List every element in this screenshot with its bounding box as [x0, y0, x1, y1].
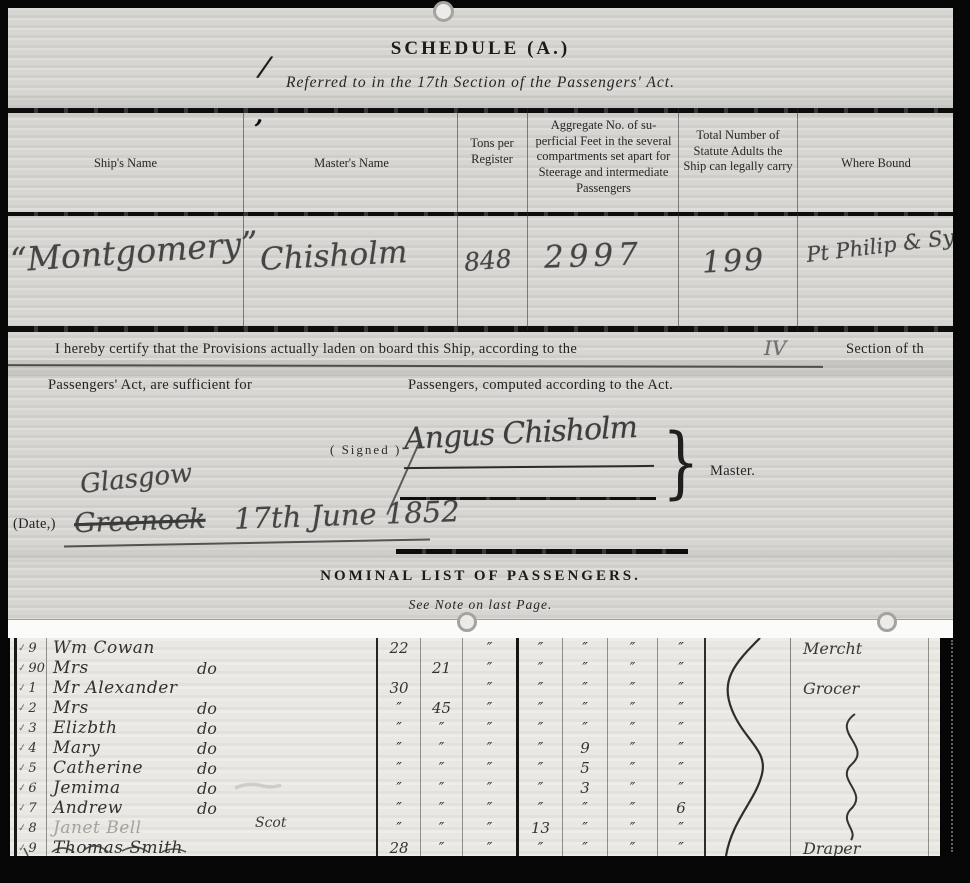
- age-col-6: ″: [608, 658, 658, 678]
- scan-edge-dotted-line: [951, 640, 953, 852]
- age-col-6: ″: [608, 678, 658, 698]
- age-col-3: ″: [463, 678, 519, 698]
- age-col-4: ″: [519, 638, 563, 658]
- punch-hole-middle-right: [877, 612, 897, 632]
- passenger-name: Elizbth: [47, 718, 117, 738]
- age-col-5: ″: [563, 718, 608, 738]
- where-bound-value: Pt Philip & Sy: [805, 225, 953, 267]
- passenger-name: Mr Alexander: [47, 678, 177, 698]
- grouping-curve-cell: [706, 738, 791, 758]
- ditto-surname: do: [197, 659, 217, 678]
- date-heavy-rule: [396, 549, 688, 554]
- nominal-list-title: NOMINAL LIST OF PASSENGERS.: [8, 568, 953, 585]
- grouping-curve-cell: [706, 818, 791, 838]
- passenger-number: 8: [28, 821, 36, 836]
- scan-streak: [8, 360, 953, 376]
- grouping-curve-cell: [706, 638, 791, 658]
- age-col-7: ″: [658, 678, 706, 698]
- age-col-6: ″: [608, 778, 658, 798]
- age-col-6: ″: [608, 818, 658, 838]
- statute-adults-value: 199: [701, 242, 766, 280]
- passenger-name-cell: Andrew do: [47, 798, 378, 818]
- row-number-cell: ✓ 7: [17, 798, 47, 818]
- master-name-value: Chisholm: [259, 234, 408, 278]
- passenger-number: 4: [28, 741, 36, 756]
- tally-check-mark: ✓: [17, 662, 27, 674]
- age-col-6: ″: [608, 738, 658, 758]
- occupation-cell: Grocer: [791, 678, 929, 698]
- passenger-name-cell: Jemima do: [47, 778, 378, 798]
- passenger-name-cell: Thomas Smith: [47, 838, 378, 856]
- tally-check-mark: ✓: [17, 682, 27, 694]
- age-col-2: [421, 678, 463, 698]
- age-col-4: ″: [519, 658, 563, 678]
- col-header-ship-name: Ship's Name: [8, 156, 243, 172]
- cert-line1-text: I hereby certify that the Provisions act…: [55, 341, 577, 358]
- passenger-name: Andrew: [47, 798, 123, 818]
- table-vline-5: [797, 108, 798, 330]
- date-underline: [64, 538, 430, 547]
- age-col-5: 9: [563, 738, 608, 758]
- age-col-1: 22: [378, 638, 421, 658]
- ditto-surname: do: [197, 779, 217, 798]
- age-col-6: ″: [608, 758, 658, 778]
- age-col-7: 6: [658, 798, 706, 818]
- age-col-2: ″: [421, 818, 463, 838]
- age-col-7: ″: [658, 778, 706, 798]
- row-number-cell: ✓ 4: [17, 738, 47, 758]
- occupation-cell: [791, 718, 929, 738]
- occupation-cell: [791, 818, 929, 838]
- signature-brace: }: [662, 418, 699, 508]
- passenger-table: ✓ 9 Wm Cowan 22 ″ ″ ″ ″ ″: [17, 638, 929, 856]
- tally-check-mark: ✓: [17, 722, 27, 734]
- ditto-surname: do: [197, 759, 217, 778]
- passenger-ledger-paper: ✓ 9 Wm Cowan 22 ″ ″ ″ ″ ″: [10, 638, 940, 856]
- age-col-2: ″: [421, 758, 463, 778]
- age-col-3: ″: [463, 758, 519, 778]
- age-col-2: ″: [421, 838, 463, 856]
- tally-check-mark: ✓: [17, 762, 27, 774]
- cert-section-handwritten: IV: [764, 336, 786, 360]
- grouping-curve-cell: [706, 698, 791, 718]
- row-number-cell: ✓ 1: [17, 678, 47, 698]
- age-col-5: ″: [563, 638, 608, 658]
- passenger-name: Catherine: [47, 758, 143, 778]
- passenger-name-cell: Mr Alexander: [47, 678, 378, 698]
- col-header-statute-adults: Total Number of Statute Adults the Ship …: [681, 128, 795, 175]
- passenger-name: Mary: [47, 738, 100, 758]
- passenger-row: ✓ 1 Mr Alexander 30 ″ ″ ″ ″ ″: [17, 678, 929, 698]
- master-signature: Angus Chisholm: [403, 410, 638, 457]
- age-col-4: ″: [519, 798, 563, 818]
- tally-check-mark: ✓: [17, 742, 27, 754]
- signature-underline: [404, 465, 654, 469]
- age-col-1: [378, 658, 421, 678]
- passenger-row: ✓ 6 Jemima do ″ ″ ″ ″ 3 ″ ″: [17, 778, 929, 798]
- age-col-5: 5: [563, 758, 608, 778]
- age-col-1: ″: [378, 738, 421, 758]
- name-annotation: Scot: [255, 815, 287, 831]
- passenger-row: ✓ 7 Andrew do ″ ″ ″ ″ ″ ″ 6: [17, 798, 929, 818]
- date-value: 17th June 1852: [233, 494, 460, 536]
- passenger-row: ✓ 9 Wm Cowan 22 ″ ″ ″ ″ ″: [17, 638, 929, 658]
- row-number-cell: ✓ 3: [17, 718, 47, 738]
- section-gap: [8, 620, 953, 638]
- cert-line2-left: Passengers' Act, are sufficient for: [48, 377, 252, 394]
- age-col-5: ″: [563, 658, 608, 678]
- passenger-number: 2: [28, 701, 36, 716]
- age-col-6: ″: [608, 798, 658, 818]
- age-col-2: 45: [421, 698, 463, 718]
- ditto-surname: do: [197, 799, 217, 818]
- age-col-7: ″: [658, 638, 706, 658]
- passenger-name: Wm Cowan: [47, 638, 155, 658]
- passenger-number: 1: [28, 681, 36, 696]
- passenger-name-cell: Wm Cowan: [47, 638, 378, 658]
- passenger-row: ✓ 3 Elizbth do ″ ″ ″ ″ ″ ″ ″: [17, 718, 929, 738]
- age-col-5: ″: [563, 838, 608, 856]
- scanned-document-page: SCHEDULE (A.) ∕ Referred to in the 17th …: [0, 0, 970, 883]
- age-col-1: ″: [378, 778, 421, 798]
- scan-streak: [8, 96, 953, 116]
- occupation: Draper: [791, 839, 860, 857]
- occupation-cell: [791, 778, 929, 798]
- ditto-surname: do: [197, 699, 217, 718]
- col-header-where-bound: Where Bound: [799, 156, 953, 172]
- passenger-name-cell: Mrs do: [47, 658, 378, 678]
- age-col-4: ″: [519, 838, 563, 856]
- age-col-7: ″: [658, 818, 706, 838]
- row-number-cell: ✓ 9: [17, 638, 47, 658]
- age-col-5: ″: [563, 818, 608, 838]
- row-number-cell: ✓ 2: [17, 698, 47, 718]
- table-vline-4: [678, 108, 679, 330]
- age-col-1: 28: [378, 838, 421, 856]
- passenger-name-cell: Elizbth do: [47, 718, 378, 738]
- master-role-label: Master.: [710, 463, 755, 480]
- age-col-4: ″: [519, 678, 563, 698]
- passenger-name-cell: Catherine do: [47, 758, 378, 778]
- age-col-7: ″: [658, 838, 706, 856]
- occupation-cell: [791, 798, 929, 818]
- grouping-curve-cell: [706, 658, 791, 678]
- tally-check-mark: ✓: [17, 782, 27, 794]
- age-col-3: ″: [463, 738, 519, 758]
- age-col-3: ″: [463, 658, 519, 678]
- passenger-number: 90: [28, 661, 45, 676]
- age-col-1: ″: [378, 698, 421, 718]
- age-col-1: ″: [378, 758, 421, 778]
- table-header-rule: [8, 212, 953, 216]
- passenger-name: Mrs: [47, 658, 89, 678]
- occupation-cell: [791, 658, 929, 678]
- passenger-number: 3: [28, 721, 36, 736]
- grouping-curve-cell: [706, 798, 791, 818]
- age-col-5: 3: [563, 778, 608, 798]
- tons-value: 848: [463, 244, 513, 277]
- age-col-4: ″: [519, 758, 563, 778]
- passenger-number: 6: [28, 781, 36, 796]
- passenger-row: ✓ 90 Mrs do 21 ″ ″ ″ ″ ″: [17, 658, 929, 678]
- age-col-7: ″: [658, 658, 706, 678]
- age-col-2: ″: [421, 798, 463, 818]
- age-col-3: ″: [463, 798, 519, 818]
- tally-check-mark: ✓: [17, 842, 27, 854]
- age-col-1: 30: [378, 678, 421, 698]
- age-col-4: 13: [519, 818, 563, 838]
- grouping-curve-cell: [706, 718, 791, 738]
- passenger-number: 9: [28, 641, 36, 656]
- passenger-name-cell: Janet Bell Scot: [47, 818, 378, 838]
- ship-name-value: “Montgomery”: [9, 223, 259, 279]
- age-col-7: ″: [658, 718, 706, 738]
- passenger-row: ✓ 2 Mrs do ″ 45 ″ ″ ″ ″ ″: [17, 698, 929, 718]
- cert-line2-right: Passengers, computed according to the Ac…: [408, 377, 673, 394]
- schedule-title: SCHEDULE (A.): [8, 38, 953, 60]
- date-place-struck-out: Greenock: [73, 504, 206, 540]
- passenger-number: 7: [28, 801, 36, 816]
- age-col-4: ″: [519, 738, 563, 758]
- age-col-6: ″: [608, 638, 658, 658]
- col-header-aggregate-feet: Aggregate No. of su-perficial Feet in th…: [531, 118, 676, 196]
- signed-label: ( Signed ): [330, 442, 401, 458]
- age-col-3: ″: [463, 818, 519, 838]
- age-col-7: ″: [658, 738, 706, 758]
- age-col-4: ″: [519, 778, 563, 798]
- row-number-cell: ✓ 6: [17, 778, 47, 798]
- passenger-name: Jemima: [47, 778, 121, 798]
- age-col-1: ″: [378, 818, 421, 838]
- occupation-cell: [791, 738, 929, 758]
- age-col-7: ″: [658, 758, 706, 778]
- occupation: Grocer: [791, 679, 859, 698]
- occupation-cell: [791, 758, 929, 778]
- aggregate-feet-value: 2997: [543, 236, 643, 275]
- age-col-2: ″: [421, 778, 463, 798]
- passenger-name-cell: Mrs do: [47, 698, 378, 718]
- occupation: Mercht: [791, 639, 862, 658]
- ditto-surname: do: [197, 739, 217, 758]
- age-col-7: ″: [658, 698, 706, 718]
- age-col-3: ″: [463, 838, 519, 856]
- occupation-cell: [791, 698, 929, 718]
- schedule-form-paper: SCHEDULE (A.) ∕ Referred to in the 17th …: [8, 8, 953, 620]
- tally-check-mark: ✓: [17, 802, 27, 814]
- passenger-name: Thomas Smith: [47, 838, 183, 856]
- age-col-1: ″: [378, 798, 421, 818]
- age-col-5: ″: [563, 678, 608, 698]
- ink-blot-mark: ’: [247, 111, 266, 150]
- date-place-corrected: Glasgow: [79, 458, 194, 500]
- passenger-row: ✓ 9 Thomas Smith 28 ″ ″ ″ ″ ″ ″: [17, 838, 929, 856]
- age-col-3: ″: [463, 718, 519, 738]
- passenger-number: 9: [28, 841, 36, 856]
- age-col-6: ″: [608, 698, 658, 718]
- date-label: (Date,): [13, 516, 56, 533]
- table-vline-1: [243, 108, 244, 330]
- col-header-master-name: Master's Name: [246, 156, 457, 172]
- grouping-curve-cell: [706, 838, 791, 856]
- age-col-2: ″: [421, 718, 463, 738]
- age-col-3: ″: [463, 638, 519, 658]
- age-col-1: ″: [378, 718, 421, 738]
- age-col-4: ″: [519, 718, 563, 738]
- grouping-curve-cell: [706, 678, 791, 698]
- passenger-name: Mrs: [47, 698, 89, 718]
- age-col-2: ″: [421, 738, 463, 758]
- age-col-6: ″: [608, 718, 658, 738]
- table-vline-3: [527, 108, 528, 330]
- occupation-cell: Draper: [791, 838, 929, 856]
- table-bottom-rule: [8, 326, 953, 332]
- age-col-3: ″: [463, 778, 519, 798]
- punch-hole-top: [433, 1, 454, 22]
- passenger-name: Janet Bell: [47, 818, 142, 838]
- passenger-row: ✓ 5 Catherine do ″ ″ ″ ″ 5 ″ ″: [17, 758, 929, 778]
- grouping-curve-cell: [706, 758, 791, 778]
- cert-line1-right-text: Section of th: [846, 341, 924, 358]
- grouping-curve-cell: [706, 778, 791, 798]
- punch-hole-middle-left: [457, 612, 477, 632]
- passenger-row: ✓ 8 Janet Bell Scot ″ ″ ″ 13 ″ ″ ″: [17, 818, 929, 838]
- occupation-cell: Mercht: [791, 638, 929, 658]
- row-number-cell: ✓ 5: [17, 758, 47, 778]
- age-col-4: ″: [519, 698, 563, 718]
- age-col-5: ″: [563, 698, 608, 718]
- col-header-tons: Tons per Register: [458, 136, 526, 167]
- passenger-name-cell: Mary do: [47, 738, 378, 758]
- nominal-list-note: See Note on last Page.: [8, 597, 953, 613]
- age-col-5: ″: [563, 798, 608, 818]
- passenger-row: ✓ 4 Mary do ″ ″ ″ ″ 9 ″ ″: [17, 738, 929, 758]
- schedule-subtitle: Referred to in the 17th Section of the P…: [8, 74, 953, 92]
- row-number-cell: ✓ 90: [17, 658, 47, 678]
- age-col-6: ″: [608, 838, 658, 856]
- table-top-rule: [8, 108, 953, 113]
- row-number-cell: ✓ 9: [17, 838, 47, 856]
- ditto-surname: do: [197, 719, 217, 738]
- age-col-2: 21: [421, 658, 463, 678]
- passenger-number: 5: [28, 761, 36, 776]
- tally-check-mark: ✓: [17, 642, 27, 654]
- tally-check-mark: ✓: [17, 702, 27, 714]
- cert-fill-line: [8, 364, 823, 368]
- tally-check-mark: ✓: [17, 822, 27, 834]
- row-number-cell: ✓ 8: [17, 818, 47, 838]
- age-col-2: [421, 638, 463, 658]
- age-col-3: ″: [463, 698, 519, 718]
